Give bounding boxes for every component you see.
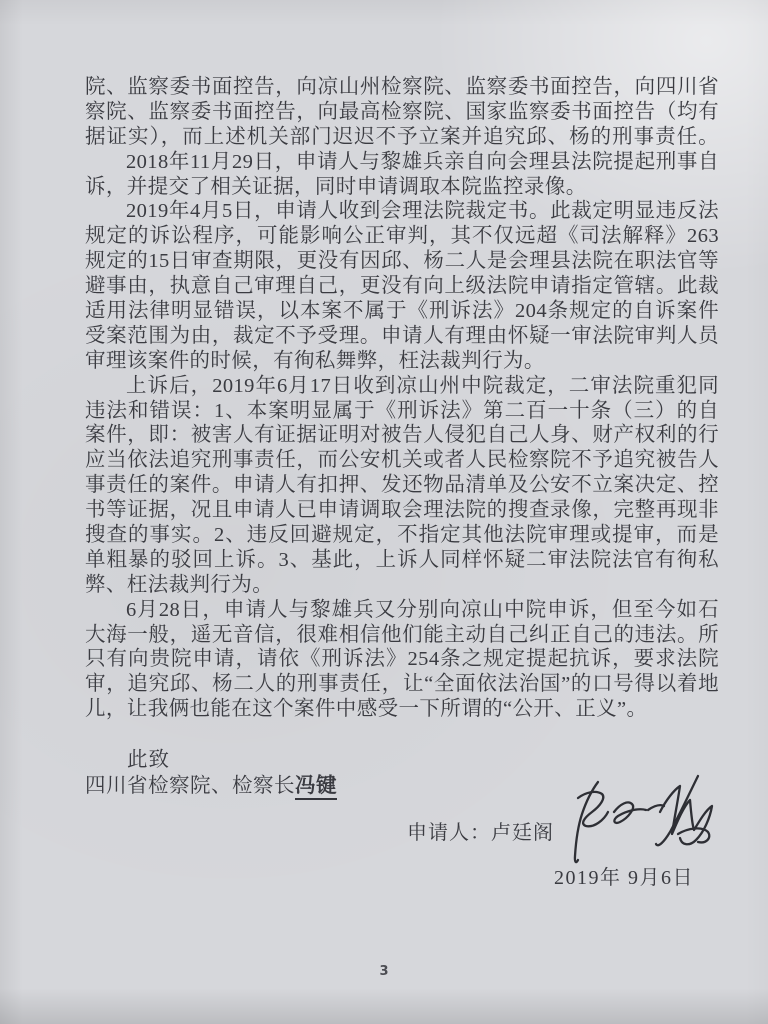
- text-line: 诉，并提交了相关证据，同时申请调取本院监控录像。: [85, 175, 719, 200]
- text-line: 规定的15日审查期限，更没有因邱、杨二人是会理县法院在职法官等回: [85, 249, 719, 274]
- text-line: 单粗暴的驳回上诉。3、基此，上诉人同样怀疑二审法院法官有徇私舞: [85, 548, 719, 573]
- applicant-signature-line: 申请人：卢廷阁: [407, 816, 554, 845]
- text-line: 审，追究邱、杨二人的刑事责任，让“全面依法治国”的口号得以着地: [85, 672, 719, 697]
- text-line: 6月28日，申请人与黎雄兵又分别向凉山中院申诉，但至今如石沉: [85, 598, 719, 623]
- text-line: 搜查的事实。2、违反回避规定，不指定其他法院审理或提审，而是简: [85, 523, 719, 548]
- text-line: 上诉后，2019年6月17日收到凉山州中院裁定，二审法院重犯同样: [85, 374, 719, 399]
- text-line: 2019年4月5日，申请人收到会理法院裁定书。此裁定明显违反法律: [85, 199, 719, 224]
- text-line: 只有向贵院申请，请依《刑诉法》254条之规定提起抗诉，要求法院重: [85, 647, 719, 672]
- text-line: 避事由，执意自己审理自己，更没有向上级法院申请指定管辖。此裁定: [85, 274, 719, 299]
- document-body: 院、监察委书面控告，向凉山州检察院、监察委书面控告，向四川省检察院、监察委书面控…: [85, 75, 719, 722]
- closing-addressee-line: 四川省检察院、检察长冯键: [85, 768, 337, 798]
- text-line: 大海一般，遥无音信，很难相信他们能主动自己纠正自己的违法。所以: [85, 623, 719, 648]
- page-number: 3: [0, 964, 768, 979]
- text-line: 受案范围为由，裁定不予受理。申请人有理由怀疑一审法院审判人员在: [85, 324, 719, 349]
- text-line: 案件，即：被害人有证据证明对被告人侵犯自己人身、财产权利的行为: [85, 423, 719, 448]
- date-line: 2019年 9月6日: [554, 861, 694, 890]
- text-line: 儿，让我俩也能在这个案件中感受一下所谓的“公开、正义”。: [85, 697, 719, 722]
- text-line: 察院、监察委书面控告，向最高检察院、国家监察委书面控告（均有证: [85, 100, 719, 125]
- text-line: 院、监察委书面控告，向凉山州检察院、监察委书面控告，向四川省检: [85, 75, 719, 100]
- text-line: 审理该案件的时候，有徇私舞弊，枉法裁判行为。: [85, 349, 719, 374]
- text-line: 弊、枉法裁判行为。: [85, 573, 719, 598]
- text-line: 规定的诉讼程序，可能影响公正审判，其不仅远超《司法解释》263条: [85, 224, 719, 249]
- photographed-document-page: 院、监察委书面控告，向凉山州检察院、监察委书面控告，向四川省检察院、监察委书面控…: [0, 0, 768, 1024]
- text-line: 适用法律明显错误，以本案不属于《刑诉法》204条规定的自诉案件的: [85, 299, 719, 324]
- addressee-name-underlined: 冯键: [295, 775, 337, 800]
- text-line: 事责任的案件。申请人有扣押、发还物品清单及公安不立案决定、控告: [85, 473, 719, 498]
- text-line: 违法和错误：1、本案明显属于《刑诉法》第二百一十条（三）的自诉: [85, 399, 719, 424]
- text-line: 2018年11月29日，申请人与黎雄兵亲自向会理县法院提起刑事自: [85, 150, 719, 175]
- text-line: 书等证据，况且申请人已申请调取会理法院的搜查录像，完整再现非法: [85, 498, 719, 523]
- handwritten-signature-icon: [552, 768, 724, 872]
- text-line: 据证实），而上述机关部门迟迟不予立案并追究邱、杨的刑事责任。: [85, 125, 719, 150]
- text-line: 应当依法追究刑事责任，而公安机关或者人民检察院不予追究被告人刑: [85, 448, 719, 473]
- addressee-prefix: 四川省检察院、检察长: [85, 775, 295, 797]
